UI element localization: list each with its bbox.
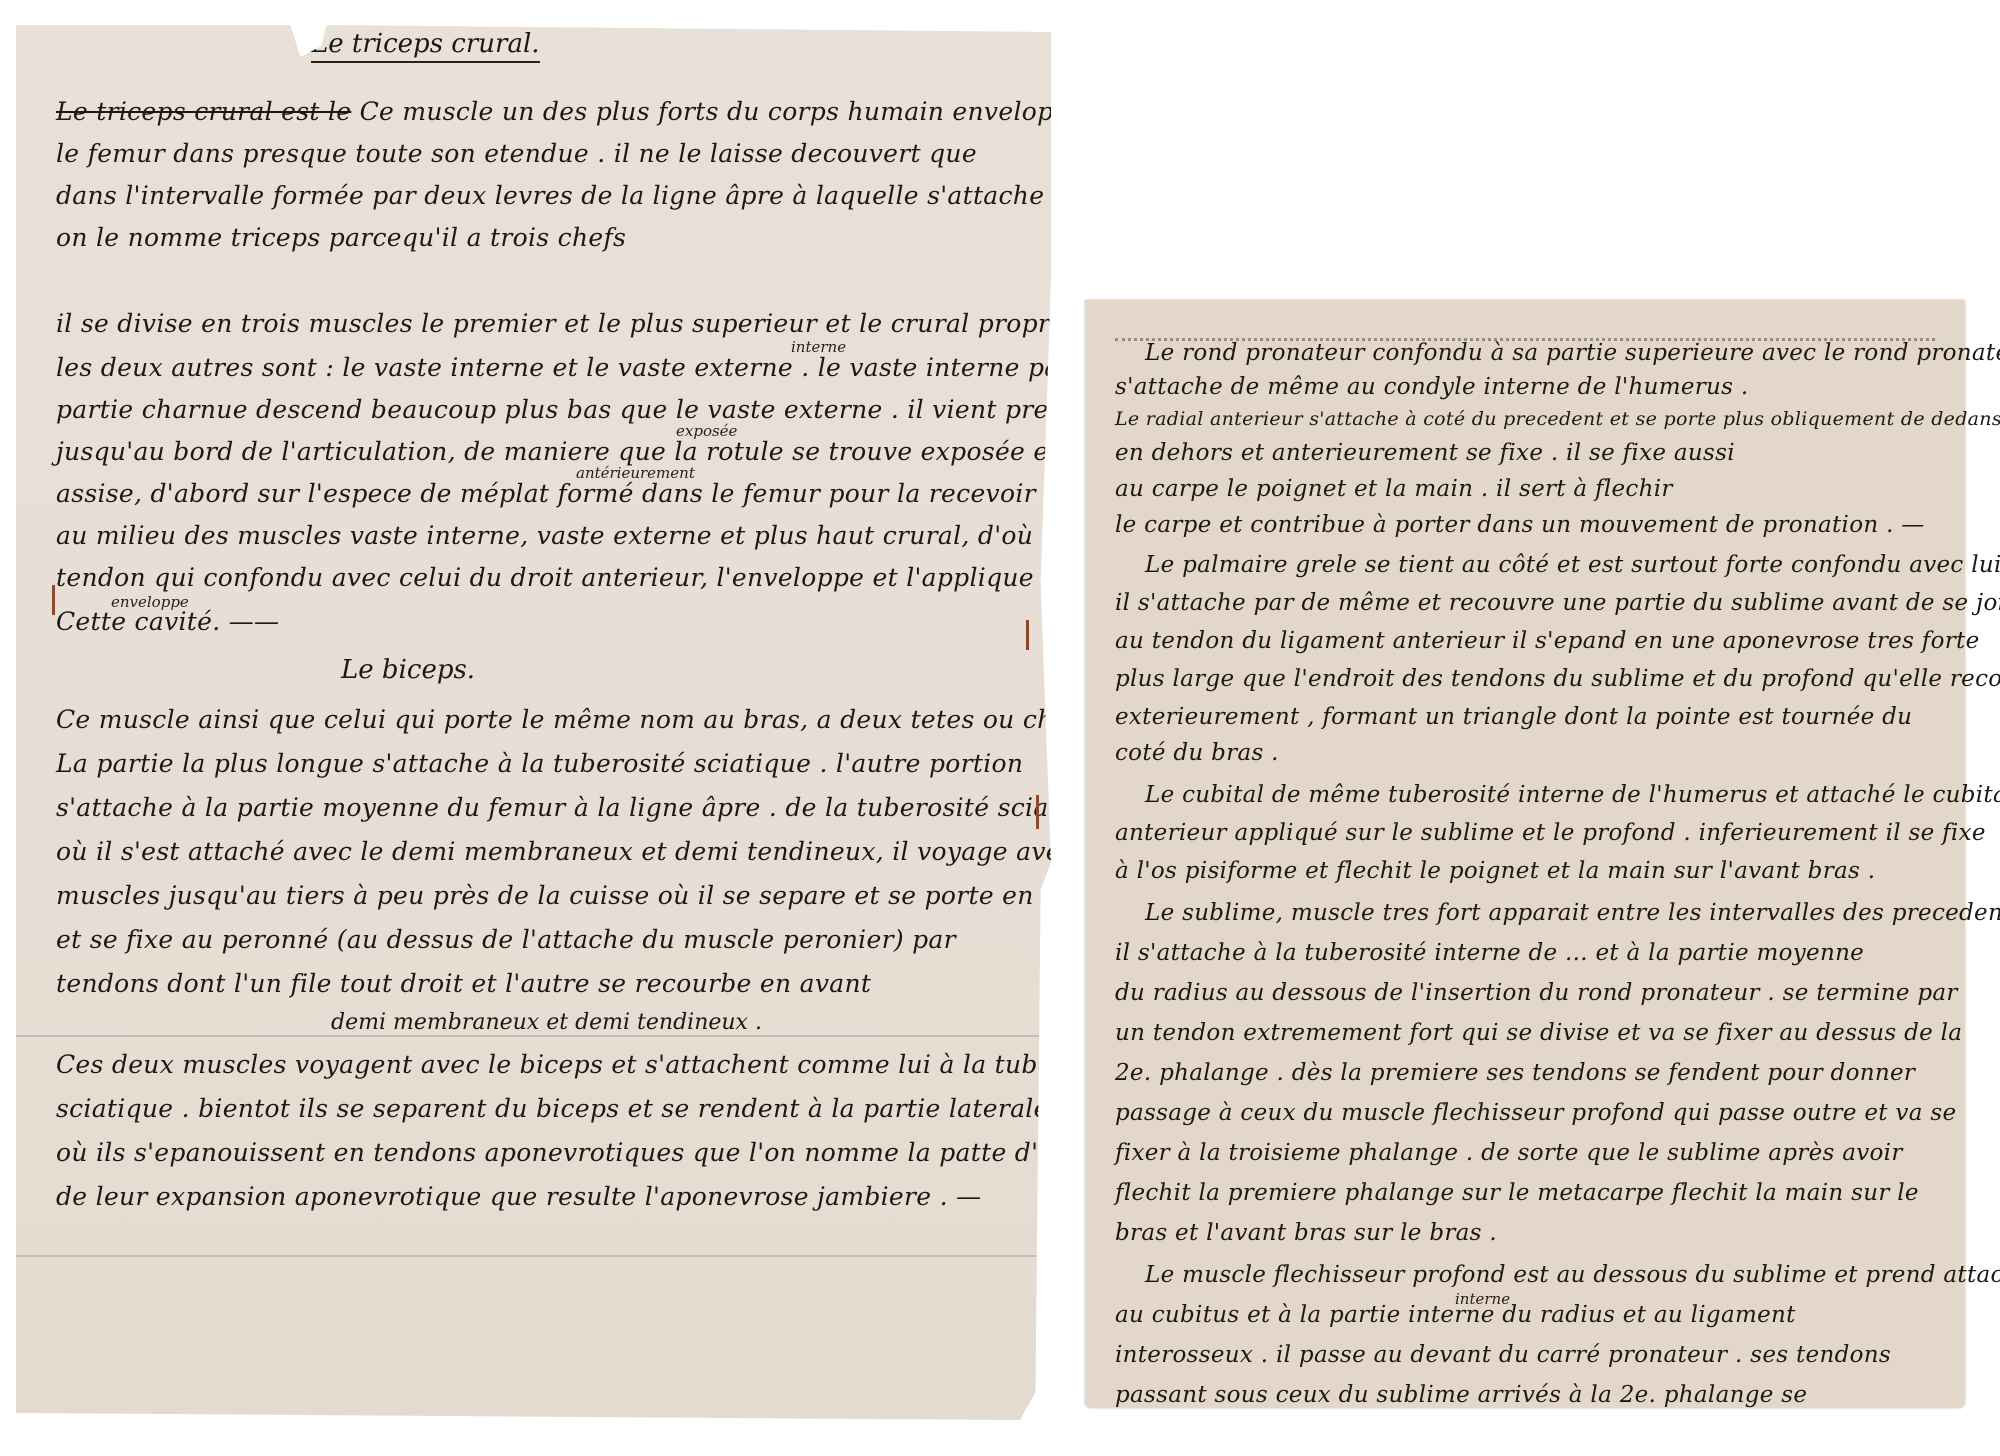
text-line: passant sous ceux du sublime arrivés à l… — [1115, 1382, 1807, 1408]
text-line: 2e. phalange . dès la premiere ses tendo… — [1115, 1060, 1915, 1086]
text-line: fixer à la troisieme phalange . de sorte… — [1115, 1140, 1903, 1166]
section-heading-biceps: Le biceps. — [341, 655, 475, 685]
text-line: Le cubital de même tuberosité interne de… — [1145, 782, 2000, 808]
struck-text: Le triceps crural est le — [56, 97, 351, 126]
text-line: au milieu des muscles vaste interne, vas… — [56, 521, 1127, 550]
text-line: le femur dans presque toute son etendue … — [56, 139, 977, 168]
text-line: les deux autres sont : le vaste interne … — [56, 353, 1108, 382]
text-line: Le sublime, muscle tres fort apparait en… — [1145, 900, 2000, 926]
text-line: où il s'est attaché avec le demi membran… — [56, 837, 1125, 866]
text-line: Ce muscle ainsi que celui qui porte le m… — [56, 705, 1100, 734]
line-text: Ce muscle un des plus forts du corps hum… — [351, 97, 1084, 126]
margin-mark — [52, 585, 55, 615]
text-line: Le triceps crural est le Ce muscle un de… — [56, 97, 1085, 126]
margin-mark — [1026, 620, 1029, 650]
text-line: Le muscle flechisseur profond est au des… — [1145, 1262, 2000, 1288]
text-line: assise, d'abord sur l'espece de méplat f… — [56, 479, 1098, 508]
text-line: le carpe et contribue à porter dans un m… — [1115, 512, 1925, 538]
page-title: Le triceps crural. — [311, 29, 540, 63]
text-line: en dehors et anterieurement se fixe . il… — [1115, 440, 1735, 466]
text-line: passage à ceux du muscle flechisseur pro… — [1115, 1100, 1956, 1126]
text-line: muscles jusqu'au tiers à peu près de la … — [56, 881, 1130, 910]
text-line: plus large que l'endroit des tendons du … — [1115, 666, 2000, 692]
section-heading-demi-membraneux: demi membraneux et demi tendineux . — [331, 1010, 762, 1035]
text-line: du radius au dessous de l'insertion du r… — [1115, 980, 1958, 1006]
text-line: coté du bras . — [1115, 740, 1279, 766]
text-line: il s'attache par de même et recouvre une… — [1115, 590, 2000, 616]
text-line: s'attache de même au condyle interne de … — [1115, 374, 1748, 400]
text-line: au cubitus et à la partie interne du rad… — [1115, 1302, 1796, 1328]
text-line: bras et l'avant bras sur le bras . — [1115, 1220, 1497, 1246]
text-line: à l'os pisiforme et flechit le poignet e… — [1115, 858, 1875, 884]
text-line: sciatique . bientot ils se separent du b… — [56, 1094, 1151, 1123]
text-line: Cette cavité. —— — [56, 607, 279, 636]
text-line: La partie la plus longue s'attache à la … — [56, 749, 1023, 778]
text-line: tendons dont l'un file tout droit et l'a… — [56, 969, 871, 998]
text-line: il se divise en trois muscles le premier… — [56, 309, 1183, 338]
text-line: Le rond pronateur confondu à sa partie s… — [1145, 340, 2000, 366]
margin-mark — [1036, 795, 1039, 829]
text-line: partie charnue descend beaucoup plus bas… — [56, 395, 1110, 424]
manuscript-page-left: Le triceps crural. Le triceps crural est… — [16, 25, 1051, 1420]
text-line: un tendon extremement fort qui se divise… — [1115, 1020, 1962, 1046]
text-line: interosseux . il passe au devant du carr… — [1115, 1342, 1891, 1368]
text-line: dans l'intervalle formée par deux levres… — [56, 181, 1044, 210]
manuscript-page-right: Le rond pronateur confondu à sa partie s… — [1085, 300, 1965, 1408]
text-line: tendon qui confondu avec celui du droit … — [56, 563, 1126, 592]
text-line: Le radial anterieur s'attache à coté du … — [1115, 408, 2000, 430]
text-line: au carpe le poignet et la main . il sert… — [1115, 476, 1673, 502]
text-line: de leur expansion aponevrotique que resu… — [56, 1182, 981, 1211]
text-line: Ces deux muscles voyagent avec le biceps… — [56, 1050, 1127, 1079]
paper-fold — [16, 1255, 1051, 1257]
text-line: on le nomme triceps parcequ'il a trois c… — [56, 223, 626, 252]
text-line: anterieur appliqué sur le sublime et le … — [1115, 820, 1986, 846]
text-line: au tendon du ligament anterieur il s'epa… — [1115, 628, 1980, 654]
text-line: et se fixe au peronné (au dessus de l'at… — [56, 925, 956, 954]
text-line: Le palmaire grele se tient au côté et es… — [1145, 552, 2000, 578]
text-line: il s'attache à la tuberosité interne de … — [1115, 940, 1864, 966]
text-line: jusqu'au bord de l'articulation, de mani… — [56, 437, 1160, 466]
paper-fold — [16, 1035, 1051, 1037]
text-line: où ils s'epanouissent en tendons aponevr… — [56, 1138, 1162, 1167]
text-line: exterieurement , formant un triangle don… — [1115, 704, 1912, 730]
text-line: flechit la premiere phalange sur le meta… — [1115, 1180, 1919, 1206]
text-line: s'attache à la partie moyenne du femur à… — [56, 793, 1115, 822]
